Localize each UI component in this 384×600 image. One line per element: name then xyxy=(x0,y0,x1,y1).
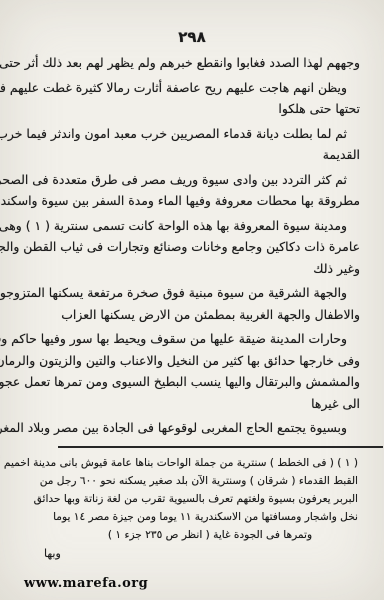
footnote-line: ( ١ ) ( فى الخطط ) سنترية من جملة الواحا… xyxy=(22,454,358,472)
page-number: ٢٩٨ xyxy=(0,28,384,46)
paragraph: ويظن انهم هاجت عليهم ريح عاصفة أثارت رما… xyxy=(20,77,360,120)
footnote-line: القبط القدماء ( شرقان ) وسنترية الآن بلد… xyxy=(22,472,358,490)
footnote: ( ١ ) ( فى الخطط ) سنترية من جملة الواحا… xyxy=(22,454,358,544)
text-line: عامرة ذات دكاكين وجامع وخانات وصنائع وتج… xyxy=(20,236,360,258)
paragraph: وحارات المدينة ضيقة عليها من سقوف ويحيط … xyxy=(20,328,360,414)
text-line: الى غيرها xyxy=(20,393,360,415)
text-line: والاطفال والجهة الغربية بمطمئن من الارض … xyxy=(20,304,360,326)
text-line: والجهة الشرقية من سيوة مبنية فوق صخرة مر… xyxy=(20,282,360,304)
footnote-line: نخل واشجار ومسافتها من الاسكندرية ١١ يوم… xyxy=(22,508,358,526)
text-line: ثم لما بطلت ديانة قدماء المصريين خرب معب… xyxy=(20,123,360,145)
body-text: وجههم لهذا الصدد فغابوا وانقطع خبرهم ولم… xyxy=(20,52,360,439)
text-line: ومدينة سيوة المعروفة بها هذه الواحة كانت… xyxy=(20,215,360,237)
catchword: وبها xyxy=(0,547,384,560)
footnote-line: البربر يعرفون بسيوة ولغتهم تعرف بالسيوية… xyxy=(22,490,358,508)
footnote-separator xyxy=(58,446,383,448)
text-line: ثم كثر التردد بين وادى سيوة وريف مصر فى … xyxy=(20,169,360,191)
watermark: www.marefa.org xyxy=(24,576,148,591)
paragraph: والجهة الشرقية من سيوة مبنية فوق صخرة مر… xyxy=(20,282,360,325)
text-line: وجههم لهذا الصدد فغابوا وانقطع خبرهم ولم… xyxy=(20,52,360,74)
text-line: وحارات المدينة ضيقة عليها من سقوف ويحيط … xyxy=(20,328,360,350)
paragraph: ثم كثر التردد بين وادى سيوة وريف مصر فى … xyxy=(20,169,360,212)
paragraph: ثم لما بطلت ديانة قدماء المصريين خرب معب… xyxy=(20,123,360,166)
paragraph: ومدينة سيوة المعروفة بها هذه الواحة كانت… xyxy=(20,215,360,280)
footnote-line: وتمرها فى الجودة غاية ( انظر ص ٢٣٥ جزء ١… xyxy=(22,526,358,544)
text-line: والمشمش والبرتقال واليها ينسب البطيخ الس… xyxy=(20,371,360,393)
text-line: وفى خارجها حدائق بها كثير من النخيل والا… xyxy=(20,350,360,372)
text-line: وغير ذلك xyxy=(20,258,360,280)
text-line: وبسيوة يجتمع الحاج المغربى لوقوعها فى ال… xyxy=(20,417,360,439)
paragraph: وبسيوة يجتمع الحاج المغربى لوقوعها فى ال… xyxy=(20,417,360,439)
book-page: ٢٩٨ وجههم لهذا الصدد فغابوا وانقطع خبرهم… xyxy=(0,0,384,600)
text-line: القديمة xyxy=(20,144,360,166)
text-line: ويظن انهم هاجت عليهم ريح عاصفة أثارت رما… xyxy=(20,77,360,99)
text-line: مطروقة بها محطات معروفة وفيها الماء ومدة… xyxy=(20,190,360,212)
paragraph: وجههم لهذا الصدد فغابوا وانقطع خبرهم ولم… xyxy=(20,52,360,74)
text-line: تحتها حتى هلكوا xyxy=(20,98,360,120)
